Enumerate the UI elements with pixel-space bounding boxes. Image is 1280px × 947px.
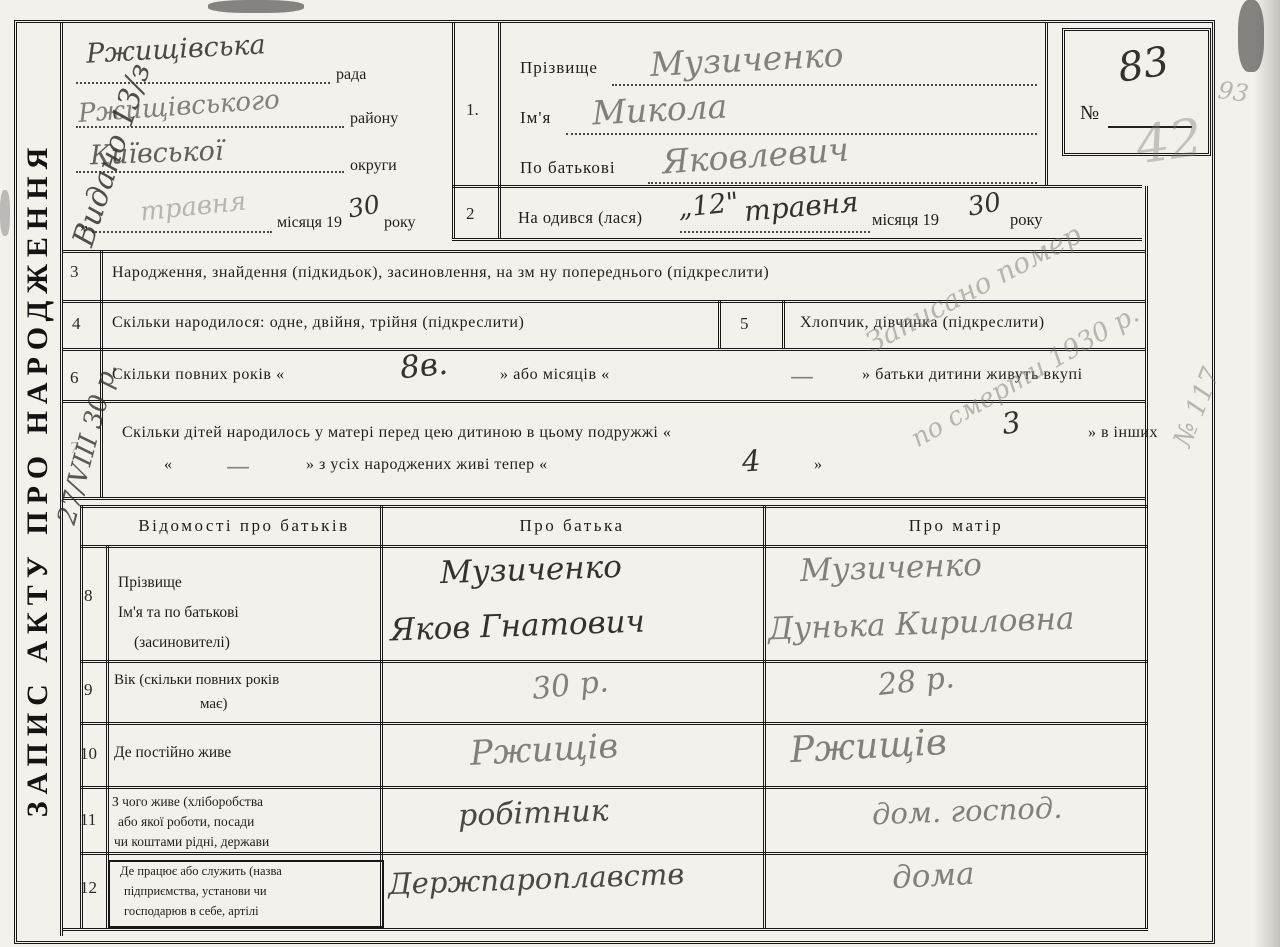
surname-label: Прізвище (520, 58, 598, 78)
divider-line (680, 231, 870, 233)
record-number-label: № (1080, 102, 1099, 125)
scan-edge-shadow (1254, 0, 1280, 947)
item7-part5: » (814, 456, 822, 474)
row12-label: Де працює або служить (назва (120, 864, 282, 879)
page-title: ЗАПИС АКТУ ПРО НАРОДЖЕННЯ (21, 29, 55, 929)
row8-label: Прізвище (118, 574, 182, 592)
father-residence-value: Ржищів (469, 726, 619, 774)
scanned-birth-record-page: ЗАПИС АКТУ ПРО НАРОДЖЕННЯ Ржищівська рад… (0, 0, 1280, 947)
years-together-value: 8в. (398, 346, 449, 387)
row8-label: Ім'я та по батькові (118, 604, 239, 622)
row9-label: має) (200, 696, 227, 713)
father-occupation-value: робітник (457, 793, 609, 833)
divider-line (62, 928, 1148, 931)
item7-part2: » в інших (1088, 424, 1158, 442)
divider-line (498, 22, 501, 238)
table-header-father: Про батька (382, 516, 762, 536)
mother-surname-value: Музиченко (799, 547, 982, 589)
scan-smudge (0, 190, 10, 236)
item7-part3: « (164, 456, 172, 474)
item7-part1: Скільки дітей народилось у матері перед … (122, 424, 671, 442)
item-number: 3 (70, 262, 79, 282)
item-number: 6 (70, 368, 79, 388)
name-value: Микола (591, 86, 728, 132)
birth-year-label: місяця 19 (872, 210, 939, 230)
item7-part4: » з усіх народжених живі тепер « (306, 456, 548, 474)
mother-occupation-value: дом. господ. (871, 791, 1062, 832)
divider-line (80, 545, 1148, 548)
divider-line (782, 300, 785, 348)
council-label: рада (336, 66, 366, 84)
row11-label: або якої роботи, посади (118, 814, 254, 830)
table-header-mother: Про матір (765, 516, 1147, 536)
born-label: На одився (лася) (518, 208, 643, 228)
months-together-value: — (790, 362, 814, 390)
row10-label: Де постійно живе (114, 744, 231, 762)
divider-line (1145, 186, 1148, 928)
row11-label: чи коштами рідні, держави (114, 834, 269, 850)
margin-pencil-number: 42 (1132, 108, 1206, 177)
item6-part2: » або місяців « (500, 366, 610, 384)
name-label: Ім'я (520, 108, 551, 128)
row-number: 9 (84, 680, 93, 700)
item-number: 1. (466, 100, 479, 120)
patronymic-label: По батькові (520, 158, 616, 178)
margin-pencil-number: 93 (1216, 76, 1250, 108)
item-number: 5 (740, 314, 749, 334)
divider-line (92, 231, 272, 233)
row-number: 8 (84, 586, 93, 606)
divider-line (718, 300, 721, 348)
divider-line (452, 22, 455, 238)
item-number: 4 (72, 314, 81, 334)
item4-text: Скільки народилося: одне, двійня, трійня… (112, 314, 524, 332)
divider-line (80, 852, 1148, 855)
row-number: 12 (80, 878, 97, 898)
divider-line (62, 497, 1145, 500)
row8-label: (засиновителі) (134, 634, 230, 652)
registration-year-label: місяця 19 (277, 214, 342, 232)
divider-line (80, 505, 83, 928)
birth-year-value: 30 (966, 187, 1004, 222)
item-number: 2 (466, 204, 475, 224)
row-number: 11 (80, 810, 96, 830)
divider-line (452, 185, 1142, 188)
divider-line (80, 786, 1148, 789)
divider-line (76, 82, 330, 84)
divider-line (648, 182, 1037, 184)
row12-label: підприємства, установи чи (124, 884, 267, 899)
divider-line (80, 722, 1148, 725)
divider-line (1045, 22, 1048, 185)
children-other-value: — (226, 452, 250, 480)
mother-residence-value: Ржищів (789, 722, 948, 771)
divider-line (80, 660, 1148, 663)
birth-year-label-end: року (1010, 210, 1043, 230)
registration-year-value: 30 (346, 189, 382, 223)
scan-smudge (208, 0, 304, 13)
row11-label: З чого живе (хліборобства (112, 794, 263, 810)
row-number: 10 (80, 744, 97, 764)
district-label: району (350, 110, 398, 128)
father-surname-value: Музиченко (439, 549, 622, 591)
record-number-value: 83 (1115, 38, 1172, 91)
table-header-parents-info: Відомості про батьків (110, 516, 378, 536)
birth-day-value: „12" (677, 187, 741, 224)
divider-line (80, 505, 1148, 508)
divider-line (62, 348, 1145, 351)
row12-label: господарюв в себе, артілі (124, 904, 259, 919)
item3-text: Народження, знайдення (підкидьок), засин… (112, 264, 769, 282)
item6-part1: Скільки повних років « (112, 366, 285, 384)
row9-label: Вік (скільки повних років (114, 672, 279, 689)
divider-line (612, 84, 1037, 86)
divider-line (763, 505, 766, 928)
mother-workplace-value: дома (891, 856, 975, 896)
registration-year-label-end: року (384, 214, 416, 232)
children-alive-value: 4 (741, 443, 762, 478)
divider-line (62, 250, 1145, 253)
okruha-label: округи (350, 157, 397, 175)
